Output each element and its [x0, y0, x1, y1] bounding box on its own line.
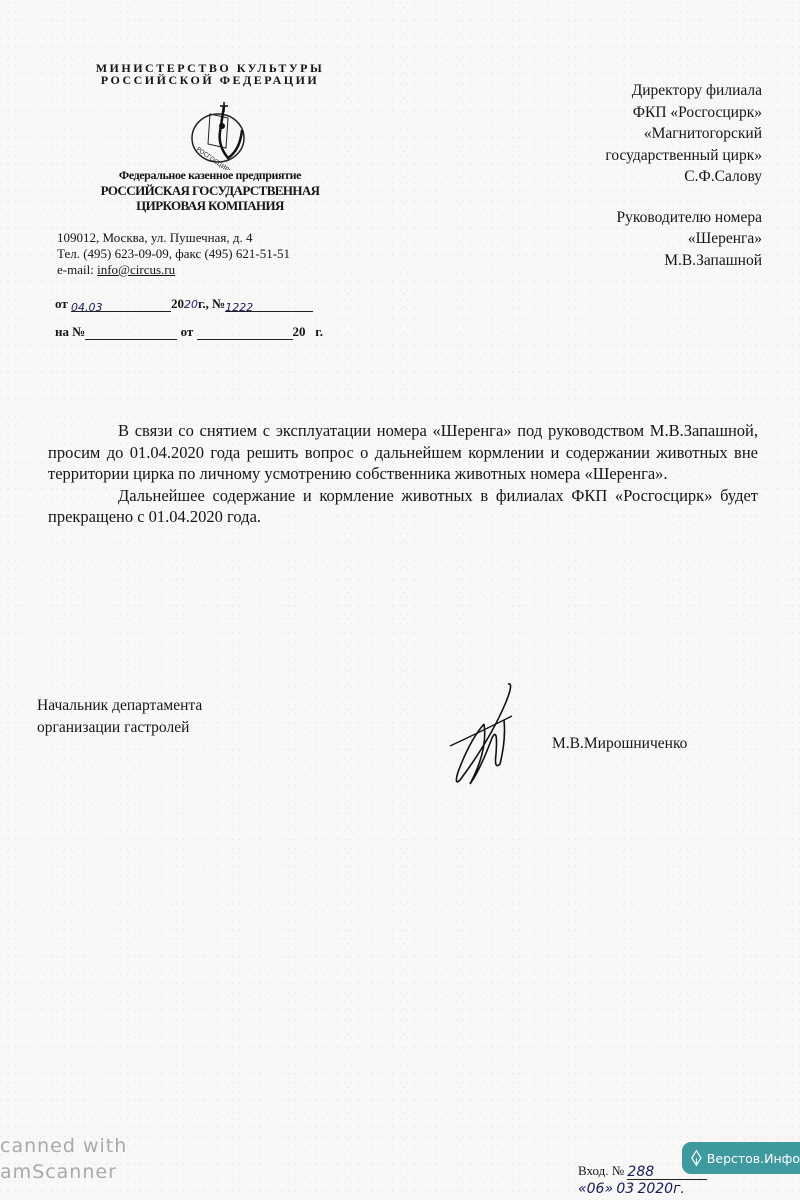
- incoming-year: 2020г.: [637, 1181, 684, 1197]
- number-label: №: [212, 296, 225, 311]
- signatory-title: Начальник департамента организации гастр…: [37, 695, 202, 739]
- handwritten-signature-icon: [440, 680, 530, 790]
- ministry-header: МИНИСТЕРСТВО КУЛЬТУРЫ РОССИЙСКОЙ ФЕДЕРАЦ…: [60, 62, 360, 86]
- signatory-name: М.В.Мирошниченко: [552, 735, 687, 753]
- letter-body: В связи со снятием с эксплуатации номера…: [48, 420, 758, 528]
- from-label: от: [55, 296, 68, 311]
- addressee-line: Руководителю номера: [605, 207, 762, 229]
- pen-nib-icon: [690, 1149, 703, 1167]
- reply-year-end: г.: [315, 324, 323, 339]
- incoming-label: Вход. №: [578, 1163, 624, 1178]
- year-prefix: 20: [171, 296, 184, 311]
- body-paragraph: Дальнейшее содержание и кормление животн…: [48, 485, 758, 528]
- year-end: г.,: [198, 296, 209, 311]
- outgoing-number: 1222: [225, 301, 253, 314]
- incoming-month: 03: [616, 1181, 634, 1197]
- phone-fax: Тел. (495) 623-09-09, факс (495) 621-51-…: [57, 246, 290, 262]
- signatory-title-line2: организации гастролей: [37, 717, 202, 739]
- org-name-line1: РОССИЙСКАЯ ГОСУДАРСТВЕННАЯ: [60, 183, 360, 198]
- addressee-line: «Шеренга»: [605, 228, 762, 250]
- addressee-line: М.В.Запашной: [605, 250, 762, 272]
- body-paragraph: В связи со снятием с эксплуатации номера…: [48, 420, 758, 485]
- signatory-title-line1: Начальник департамента: [37, 695, 202, 717]
- reply-from-label: от: [181, 324, 194, 339]
- reply-label: на №: [55, 324, 85, 339]
- incoming-day: «06»: [578, 1181, 613, 1197]
- reply-registration: на № от 20 г.: [55, 324, 323, 340]
- badge-label: Верстов.Инфо: [707, 1151, 800, 1166]
- addressee-line: ФКП «Росгосцирк»: [605, 102, 762, 124]
- contact-info: 109012, Москва, ул. Пушечная, д. 4 Тел. …: [57, 230, 290, 278]
- org-type: Федеральное казенное предприятие: [60, 168, 360, 183]
- outgoing-registration: от 04.032020г., №1222: [55, 296, 313, 312]
- ministry-line2: РОССИЙСКОЙ ФЕДЕРАЦИИ: [60, 74, 360, 86]
- watermark-line1: canned with: [0, 1133, 127, 1159]
- camscanner-watermark: canned with amScanner: [0, 1133, 127, 1185]
- rosgoscirk-logo-icon: РОСГОСЦИРК: [180, 100, 260, 170]
- email-link[interactable]: info@circus.ru: [97, 262, 175, 277]
- reply-year: 20: [293, 324, 306, 339]
- addressee-block: Директору филиала ФКП «Росгосцирк» «Магн…: [605, 80, 762, 271]
- email-label: e-mail:: [57, 262, 94, 277]
- org-name-line2: ЦИРКОВАЯ КОМПАНИЯ: [60, 198, 360, 213]
- addressee-line: С.Ф.Салову: [605, 166, 762, 188]
- addressee-line: «Магнитогорский: [605, 123, 762, 145]
- verstov-info-badge[interactable]: Верстов.Инфо: [682, 1142, 800, 1174]
- addressee-line: Директору филиала: [605, 80, 762, 102]
- watermark-line2: amScanner: [0, 1159, 127, 1185]
- email-row: e-mail: info@circus.ru: [57, 262, 290, 278]
- address: 109012, Москва, ул. Пушечная, д. 4: [57, 230, 290, 246]
- outgoing-date: 04.03: [71, 301, 103, 314]
- addressee-line: государственный цирк»: [605, 145, 762, 167]
- year-suffix: 20: [184, 298, 198, 311]
- organization-name: Федеральное казенное предприятие РОССИЙС…: [60, 168, 360, 213]
